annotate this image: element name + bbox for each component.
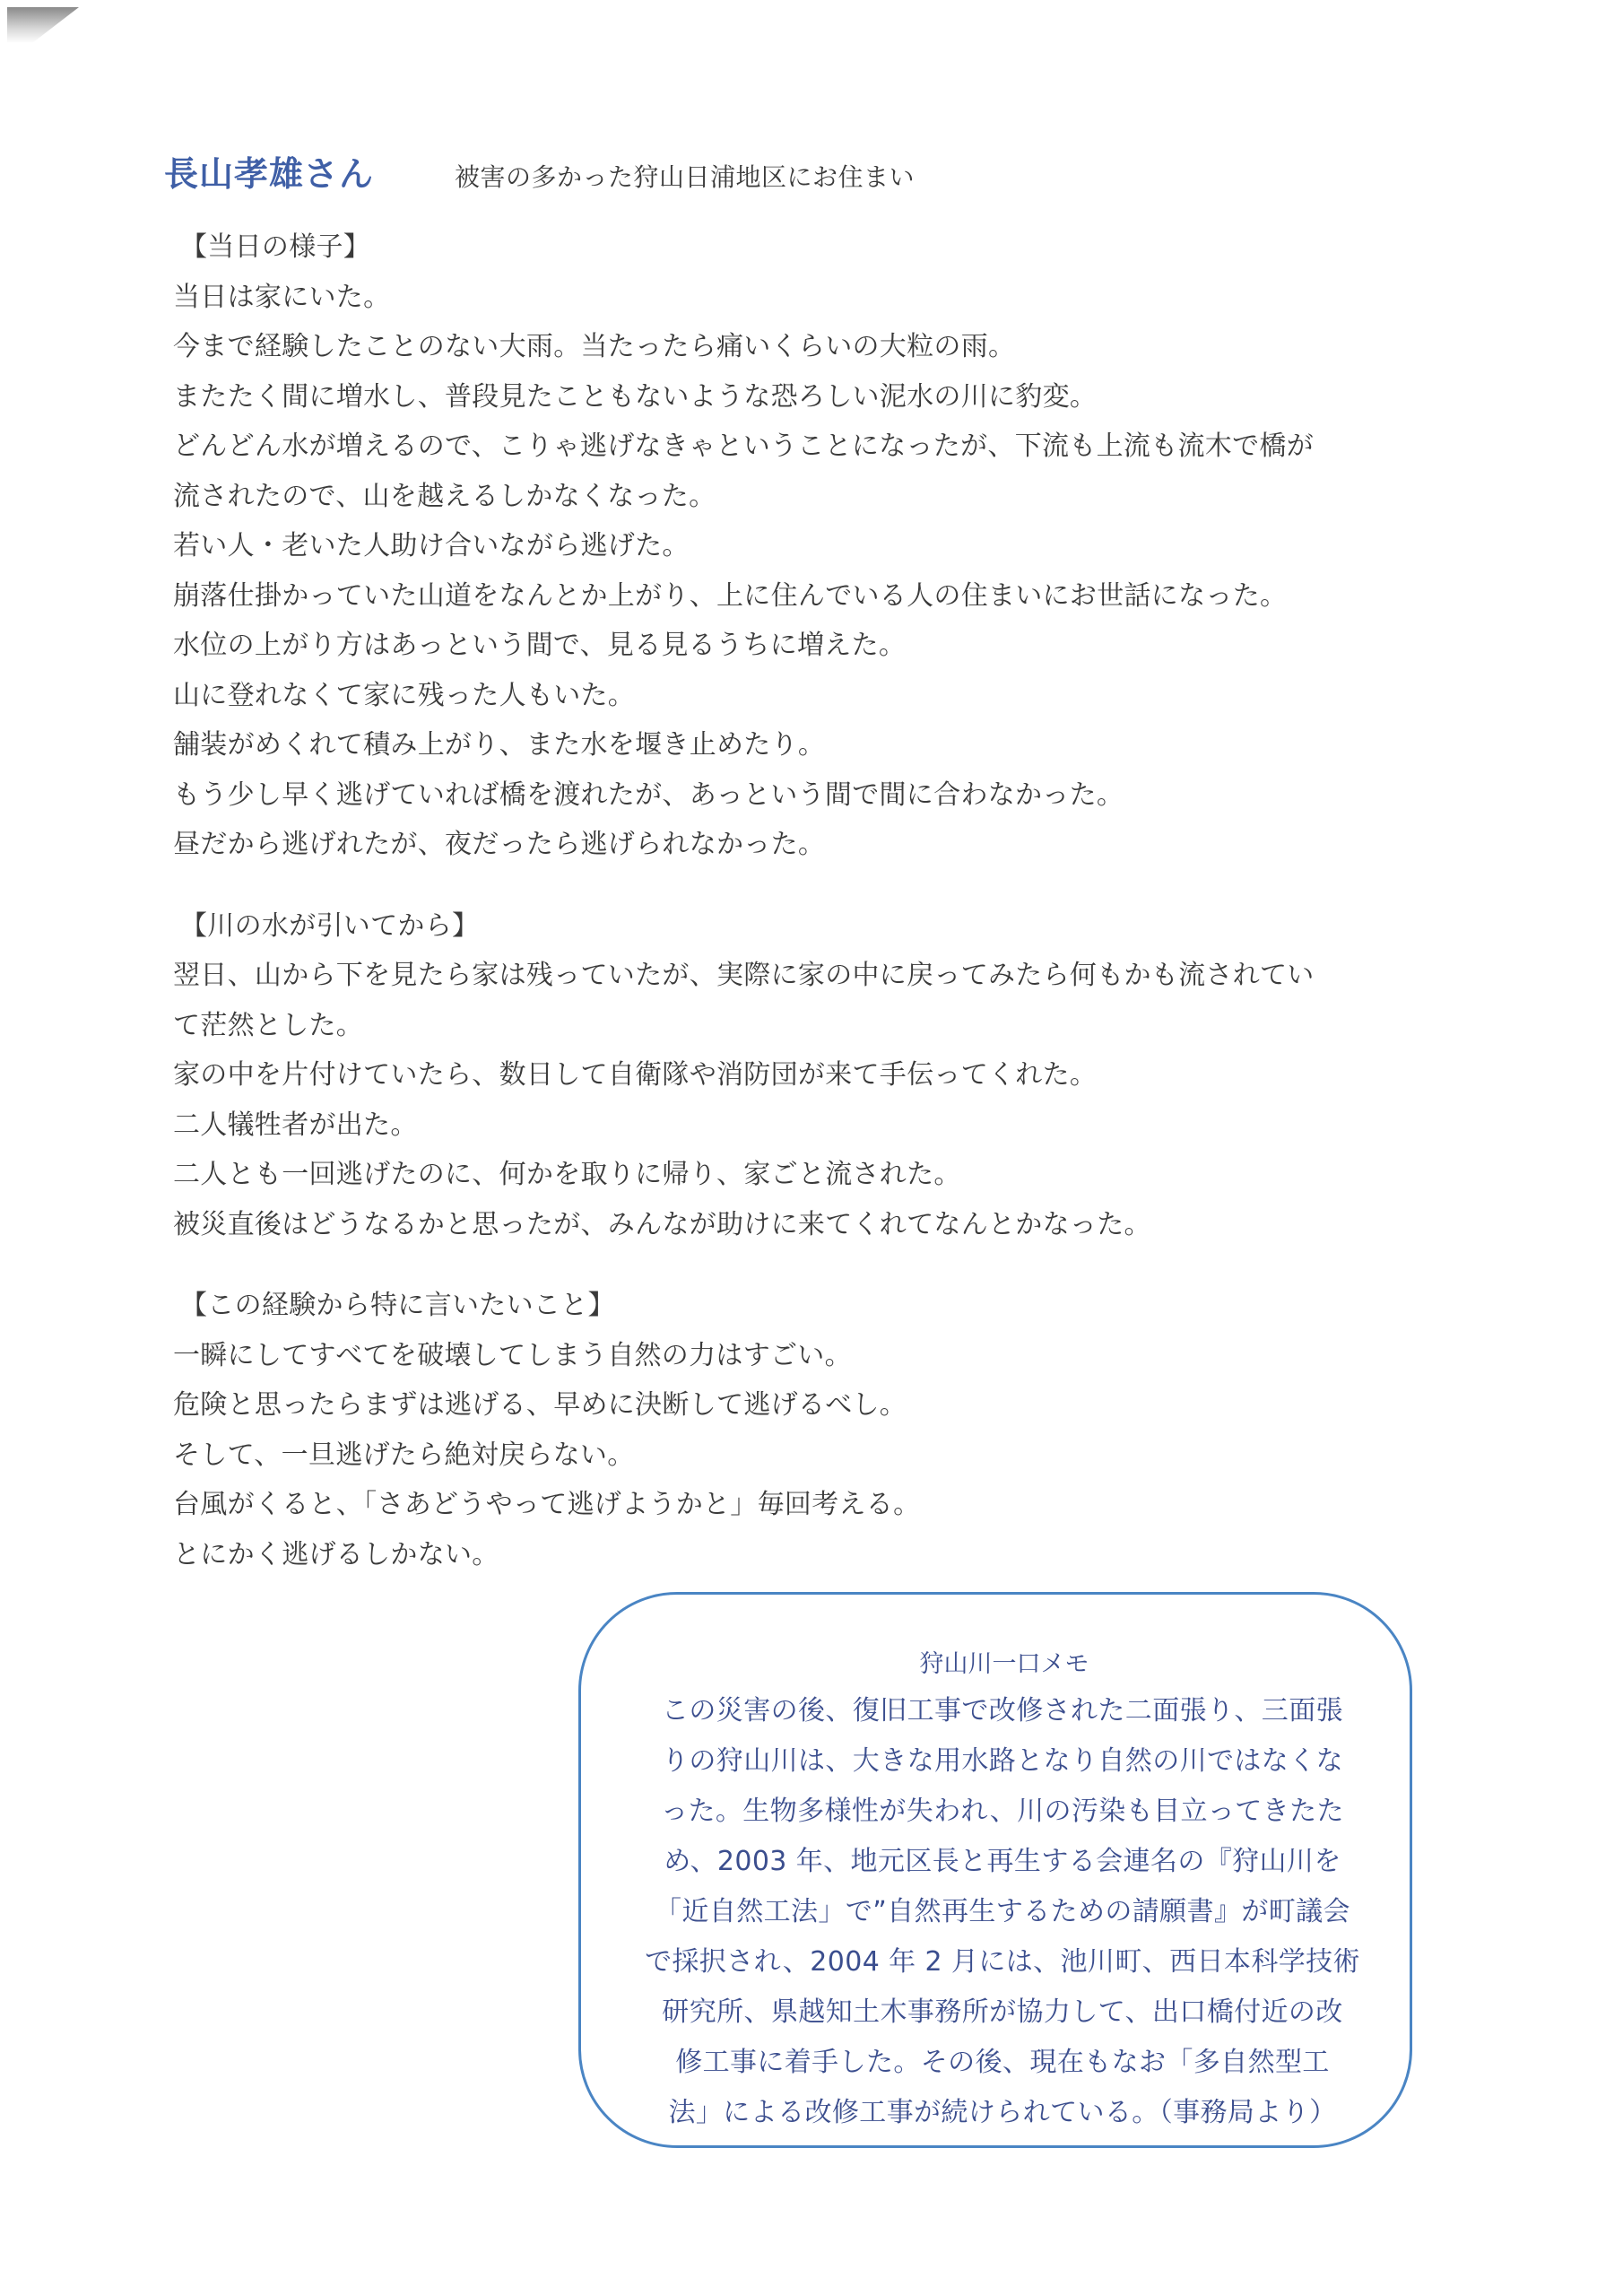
section-heading: 【川の水が引いてから】	[180, 901, 1464, 952]
interviewee-header: 長山孝雄さん 被害の多かった狩山日浦地区にお住まい	[164, 146, 915, 196]
text-line: 危険と思ったらまずは逃げる、早めに決断して逃げるべし。	[173, 1380, 1464, 1431]
text-line: 一瞬にしてすべてを破壊してしまう自然の力はすごい。	[173, 1331, 1464, 1381]
interviewee-description: 被害の多かった狩山日浦地区にお住まい	[455, 158, 915, 194]
scan-artifact	[7, 7, 79, 43]
text-line: とにかく逃げるしかない。	[173, 1530, 1464, 1580]
text-line: どんどん水が増えるので、こりゃ逃げなきゃということになったが、下流も上流も流木で…	[173, 422, 1464, 472]
section-heading: 【当日の様子】	[180, 222, 1464, 273]
text-line: 被災直後はどうなるかと思ったが、みんなが助けに来てくれてなんとかなった。	[173, 1200, 1464, 1250]
text-line: 舗装がめくれて積み上がり、また水を堰き止めたり。	[173, 720, 1464, 770]
text-line: 二人犠牲者が出た。	[173, 1100, 1464, 1151]
river-memo-box: 狩山川一口メモ この災害の後、復旧工事で改修された二面張り、三面張 りの狩山川は…	[578, 1592, 1412, 2148]
text-line: 水位の上がり方はあっという間で、見る見るうちに増えた。	[173, 621, 1464, 671]
text-line: 今まで経験したことのない大雨。当たったら痛いくらいの大粒の雨。	[173, 322, 1464, 372]
text-line: またたく間に増水し、普段見たこともないような恐ろしい泥水の川に豹変。	[173, 372, 1464, 422]
text-line: 二人とも一回逃げたのに、何かを取りに帰り、家ごと流された。	[173, 1150, 1464, 1200]
memo-line: 修工事に着手した。その後、現在もなお「多自然型工	[635, 2038, 1370, 2088]
text-line: 台風がくると、「さあどうやって逃げようかと」毎回考える。	[173, 1480, 1464, 1530]
text-line: 若い人・老いた人助け合いながら逃げた。	[173, 521, 1464, 571]
memo-title: 狩山川一口メモ	[599, 1644, 1410, 1679]
memo-line: 「近自然工法」で”自然再生するための請願書』が町議会	[635, 1887, 1370, 1937]
section-after-water-receded: 【川の水が引いてから】 翌日、山から下を見たら家は残っていたが、実際に家の中に戻…	[173, 901, 1464, 1250]
testimony-body: 【当日の様子】 当日は家にいた。 今まで経験したことのない大雨。当たったら痛いく…	[173, 222, 1464, 1611]
memo-line: 研究所、県越知土木事務所が協力して、出口橋付近の改	[635, 1987, 1370, 2038]
text-line: もう少し早く逃げていれば橋を渡れたが、あっという間で間に合わなかった。	[173, 770, 1464, 821]
interviewee-name: 長山孝雄さん	[164, 146, 374, 196]
section-lessons: 【この経験から特に言いたいこと】 一瞬にしてすべてを破壊してしまう自然の力はすご…	[173, 1281, 1464, 1579]
memo-line: この災害の後、復旧工事で改修された二面張り、三面張	[635, 1686, 1370, 1736]
text-line: 山に登れなくて家に残った人もいた。	[173, 671, 1464, 721]
text-line: 崩落仕掛かっていた山道をなんとか上がり、上に住んでいる人の住まいにお世話になった…	[173, 571, 1464, 622]
memo-line: った。生物多様性が失われ、川の汚染も目立ってきたた	[635, 1787, 1370, 1837]
text-line: 当日は家にいた。	[173, 273, 1464, 323]
text-line: 昼だから逃げれたが、夜だったら逃げられなかった。	[173, 820, 1464, 870]
memo-line: りの狩山川は、大きな用水路となり自然の川ではなくな	[635, 1736, 1370, 1787]
memo-line: 法」による改修工事が続けられている。（事務局より）	[635, 2088, 1370, 2138]
memo-line: で採択され、2004 年 2 月には、池川町、西日本科学技術	[635, 1937, 1370, 1987]
section-day-of: 【当日の様子】 当日は家にいた。 今まで経験したことのない大雨。当たったら痛いく…	[173, 222, 1464, 870]
memo-body: この災害の後、復旧工事で改修された二面張り、三面張 りの狩山川は、大きな用水路と…	[635, 1686, 1370, 2138]
text-line: 翌日、山から下を見たら家は残っていたが、実際に家の中に戻ってみたら何もかも流され…	[173, 951, 1464, 1001]
section-heading: 【この経験から特に言いたいこと】	[180, 1281, 1464, 1331]
text-line: そして、一旦逃げたら絶対戻らない。	[173, 1431, 1464, 1481]
text-line: 流されたので、山を越えるしかなくなった。	[173, 472, 1464, 522]
text-line: 家の中を片付けていたら、数日して自衛隊や消防団が来て手伝ってくれた。	[173, 1050, 1464, 1100]
memo-line: め、2003 年、地元区長と再生する会連名の『狩山川を	[635, 1837, 1370, 1887]
text-line: て茫然とした。	[173, 1001, 1464, 1051]
